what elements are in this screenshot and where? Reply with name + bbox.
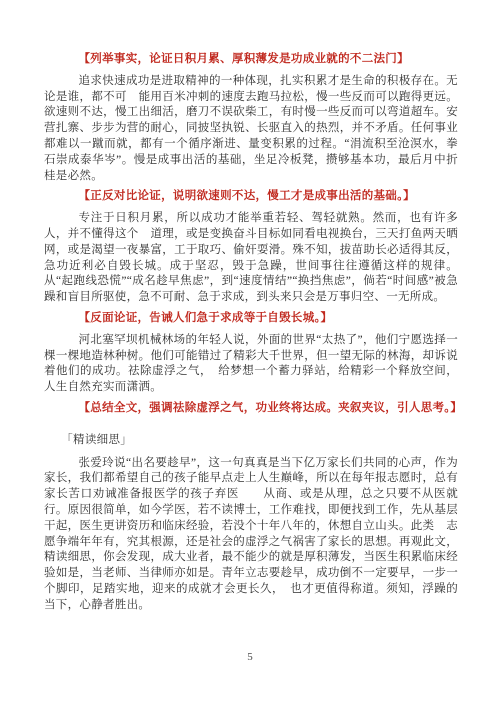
annotation-note-4: 【总结全文，强调祛除虚浮之气，功业终将达成。夹叙夹议，引人思考。】	[44, 401, 458, 417]
body-paragraph-1: 追求快速成功是进取精神的一种体现，扎实积累才是生命的积极存在。无论是谁，都不可 …	[44, 74, 458, 185]
body-paragraph-3: 河北塞罕坝机械林场的年轻人说，外面的世界“太热了”，他们宁愿选择一棵一棵地造林种…	[44, 333, 458, 396]
body-paragraph-4: 张爱玲说“出名要趁早”，这一句真真是当下亿万家长们共同的心声，作为家长，我们都希…	[44, 456, 458, 614]
body-paragraph-2: 专注于日积月累，所以成功才能举重若轻、驾轻就熟。然而，也有许多人，并不懂得这个 …	[44, 211, 458, 306]
annotation-note-2: 【正反对比论证，说明欲速则不达，慢工才是成事出活的基础。】	[44, 189, 458, 205]
annotation-note-1: 【列举事实，论证日积月累、厚积薄发是功成业就的不二法门】	[44, 52, 458, 68]
page-number: 5	[0, 651, 500, 663]
section-heading-close-reading: 「精读细思」	[44, 433, 458, 449]
document-page: 【列举事实，论证日积月累、厚积薄发是功成业就的不二法门】 追求快速成功是进取精神…	[0, 0, 500, 707]
document-body: 【列举事实，论证日积月累、厚积薄发是功成业就的不二法门】 追求快速成功是进取精神…	[44, 52, 458, 614]
annotation-note-3: 【反面论证，告诫人们急于求成等于自毁长城。】	[44, 311, 458, 327]
